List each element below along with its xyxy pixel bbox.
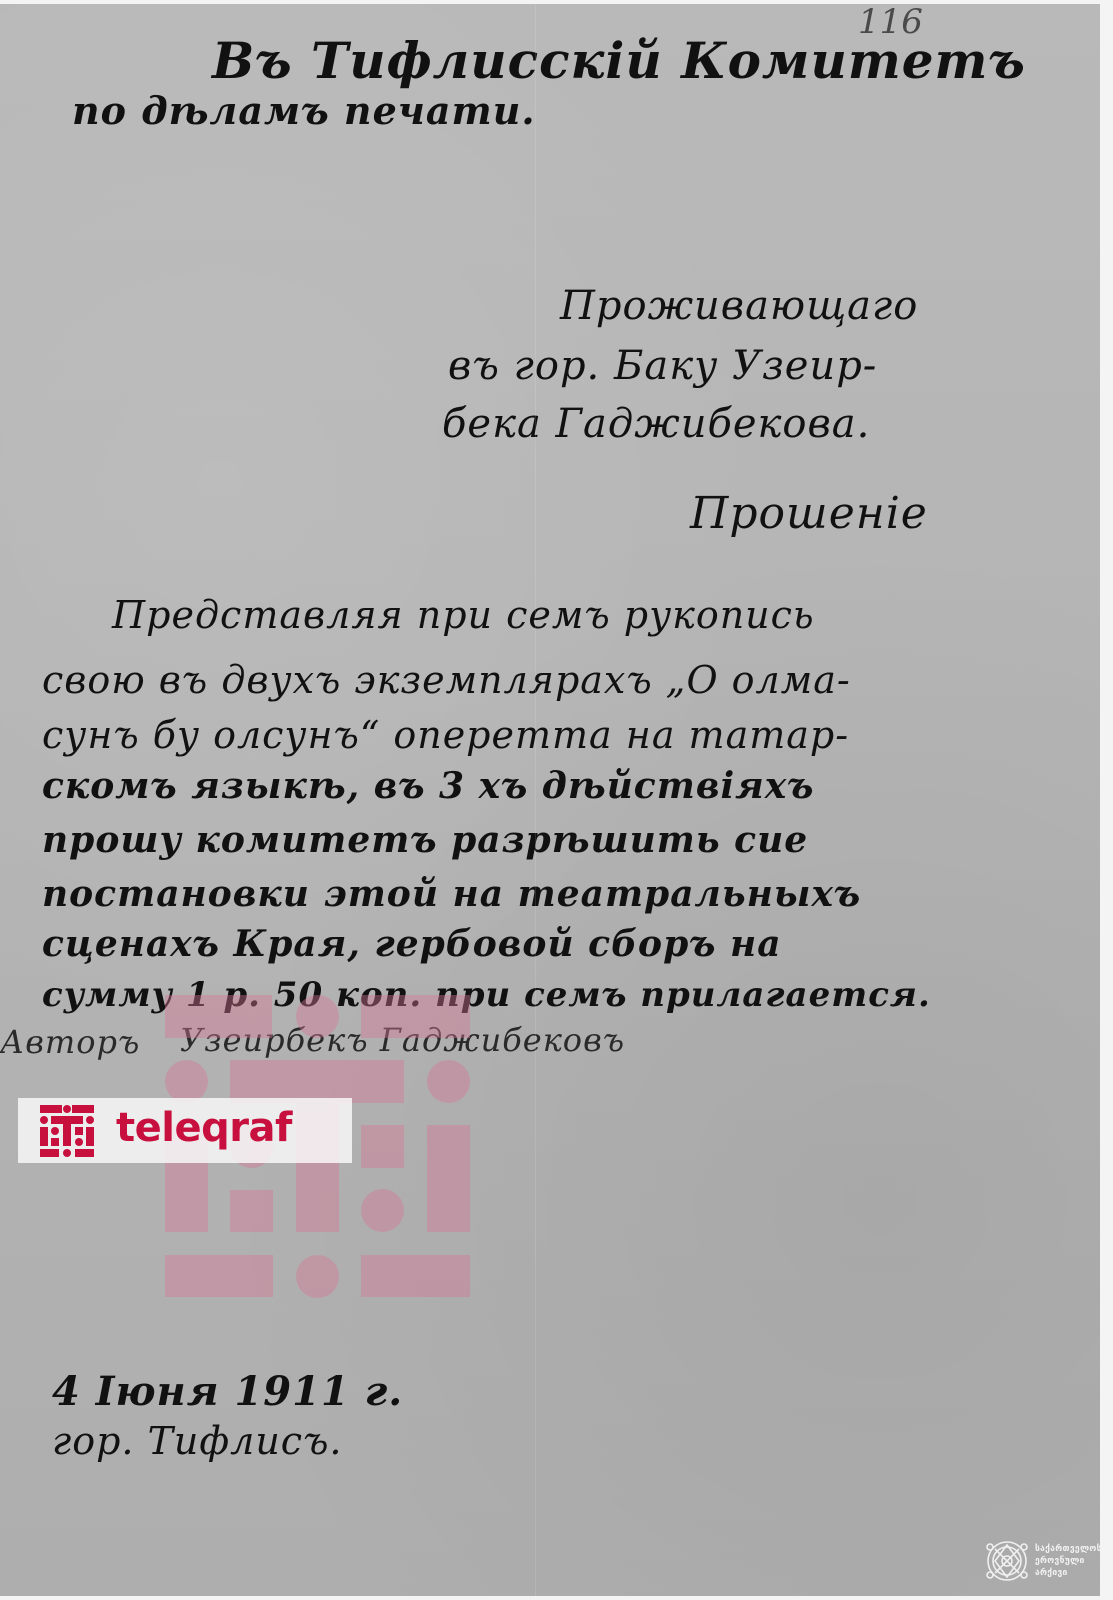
sender-line-2: въ гор. Баку Узеир-	[448, 346, 877, 386]
body-line-5: прошу комитетъ разрѣшить сие	[42, 822, 808, 858]
sender-line-3: бека Гаджибекова.	[442, 404, 870, 444]
body-line-6: постановки этой на театральныхъ	[42, 876, 861, 912]
archive-name-line-2: ეროვნული	[1035, 1555, 1102, 1567]
teleqraf-logo-icon	[40, 1105, 94, 1157]
archive-name: საქართველოს ეროვნული არქივი	[1035, 1543, 1102, 1579]
sender-line-1: Проживающаго	[560, 286, 918, 326]
petition-heading: Прошеніе	[690, 492, 928, 536]
body-line-3: сунъ бу олсунъ“ оперетта на татар-	[42, 716, 849, 754]
archive-name-line-1: საქართველოს	[1035, 1543, 1102, 1555]
teleqraf-brand-name: teleqraf	[116, 1108, 292, 1148]
document-date: 4 Іюня 1911 г.	[52, 1372, 403, 1412]
body-line-7: сценахъ Края, гербовой сборъ на	[42, 926, 782, 962]
national-archives-badge: საქართველოს ეროვნული არქივი	[985, 1537, 1102, 1585]
body-line-4: скомъ языкѣ, въ 3 хъ дѣйствіяхъ	[42, 768, 814, 804]
body-line-2: свою въ двухъ экземплярахъ „О олма-	[42, 661, 851, 699]
body-line-1: Представляя при семъ рукопись	[112, 596, 815, 634]
document-place: гор. Тифлисъ.	[52, 1422, 343, 1460]
addressee-line-1: Въ Тифлисскій Комитетъ	[212, 36, 1026, 86]
ornament-emblem-icon	[985, 1537, 1029, 1585]
teleqraf-watermark-banner: teleqraf	[18, 1098, 352, 1163]
scanned-document-page: 116 Въ Тифлисскій Комитетъ по дѣламъ печ…	[0, 4, 1100, 1596]
body-line-8: сумму 1 р. 50 коп. при семъ прилагается.	[42, 978, 931, 1012]
signature-name: Узеирбекъ Гаджибековъ	[180, 1024, 625, 1056]
signature-label: Авторъ	[0, 1026, 140, 1058]
archive-name-line-3: არქივი	[1035, 1567, 1102, 1579]
addressee-line-2: по дѣламъ печати.	[72, 92, 536, 130]
